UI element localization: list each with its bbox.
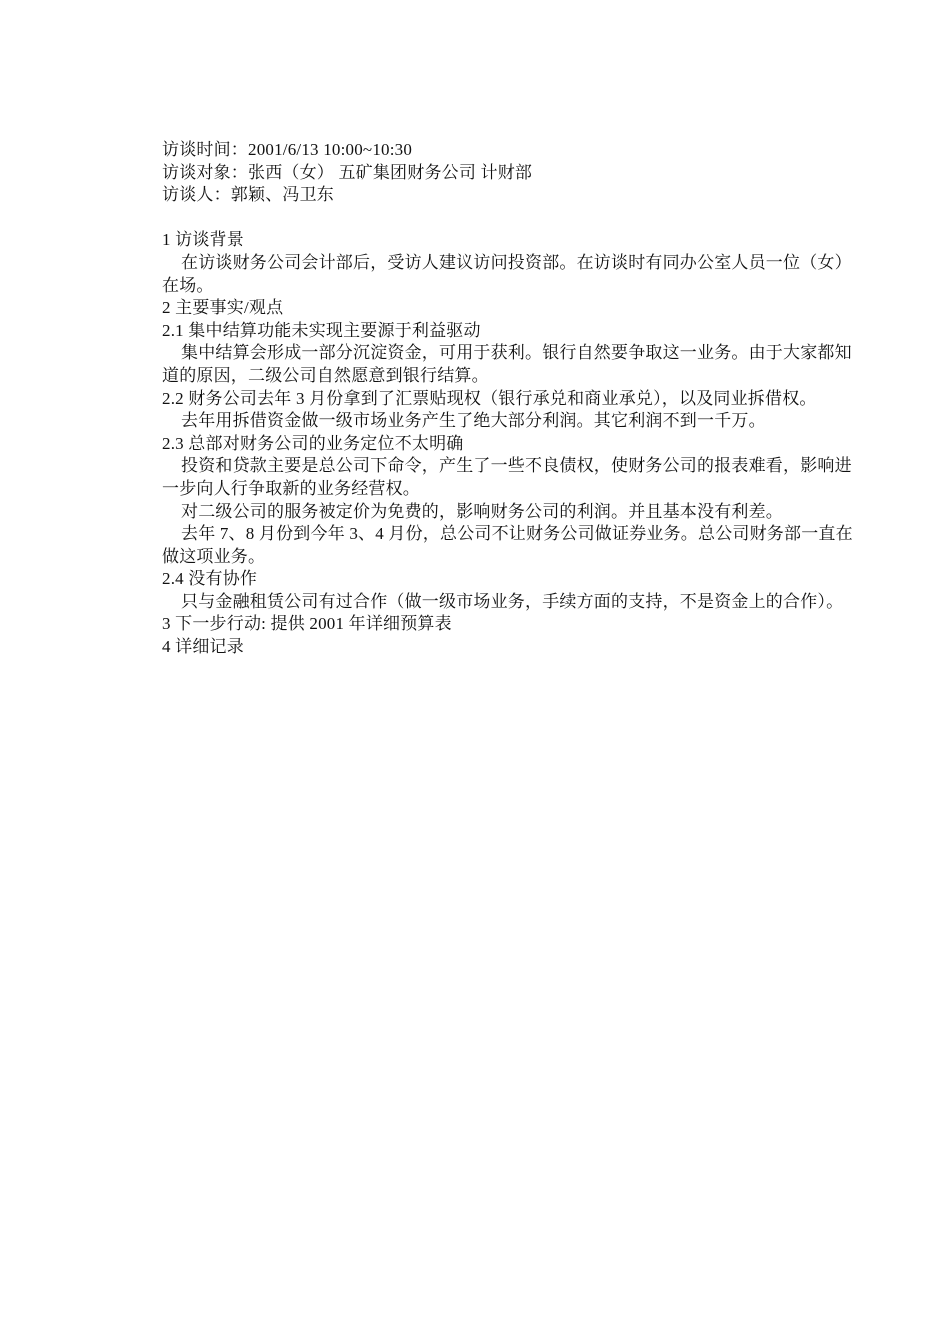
document-page: 访谈时间：2001/6/13 10:00~10:30 访谈对象：张西（女） 五矿… [162,139,864,659]
interviewee: 访谈对象：张西（女） 五矿集团财务公司 计财部 [162,162,864,185]
section-2-heading: 2 主要事实/观点 [162,297,864,320]
section-2-3-paragraph-1: 投资和贷款主要是总公司下命令，产生了一些不良债权，使财务公司的报表难看，影响进一… [162,455,864,500]
section-2-3-heading: 2.3 总部对财务公司的业务定位不太明确 [162,433,864,456]
section-4-heading: 4 详细记录 [162,636,864,659]
section-3-heading: 3 下一步行动: 提供 2001 年详细预算表 [162,613,864,636]
section-2-2-heading: 2.2 财务公司去年 3 月份拿到了汇票贴现权（银行承兑和商业承兑），以及同业拆… [162,388,864,411]
section-2-3-paragraph-3: 去年 7、8 月份到今年 3、4 月份，总公司不让财务公司做证券业务。总公司财务… [162,523,864,568]
section-2-2-paragraph: 去年用拆借资金做一级市场业务产生了绝大部分利润。其它利润不到一千万。 [162,410,864,433]
section-2-4-heading: 2.4 没有协作 [162,568,864,591]
section-1-paragraph: 在访谈财务公司会计部后，受访人建议访问投资部。在访谈时有同办公室人员一位（女）在… [162,252,864,297]
interview-time: 访谈时间：2001/6/13 10:00~10:30 [162,139,864,162]
section-2-1-paragraph: 集中结算会形成一部分沉淀资金，可用于获利。银行自然要争取这一业务。由于大家都知道… [162,342,864,387]
section-2-3-paragraph-2: 对二级公司的服务被定价为免费的，影响财务公司的利润。并且基本没有利差。 [162,501,864,524]
spacer [162,207,864,230]
section-2-1-heading: 2.1 集中结算功能未实现主要源于利益驱动 [162,320,864,343]
interviewers: 访谈人：郭颖、冯卫东 [162,184,864,207]
section-2-4-paragraph: 只与金融租赁公司有过合作（做一级市场业务，手续方面的支持，不是资金上的合作）。 [162,591,864,614]
section-1-heading: 1 访谈背景 [162,229,864,252]
